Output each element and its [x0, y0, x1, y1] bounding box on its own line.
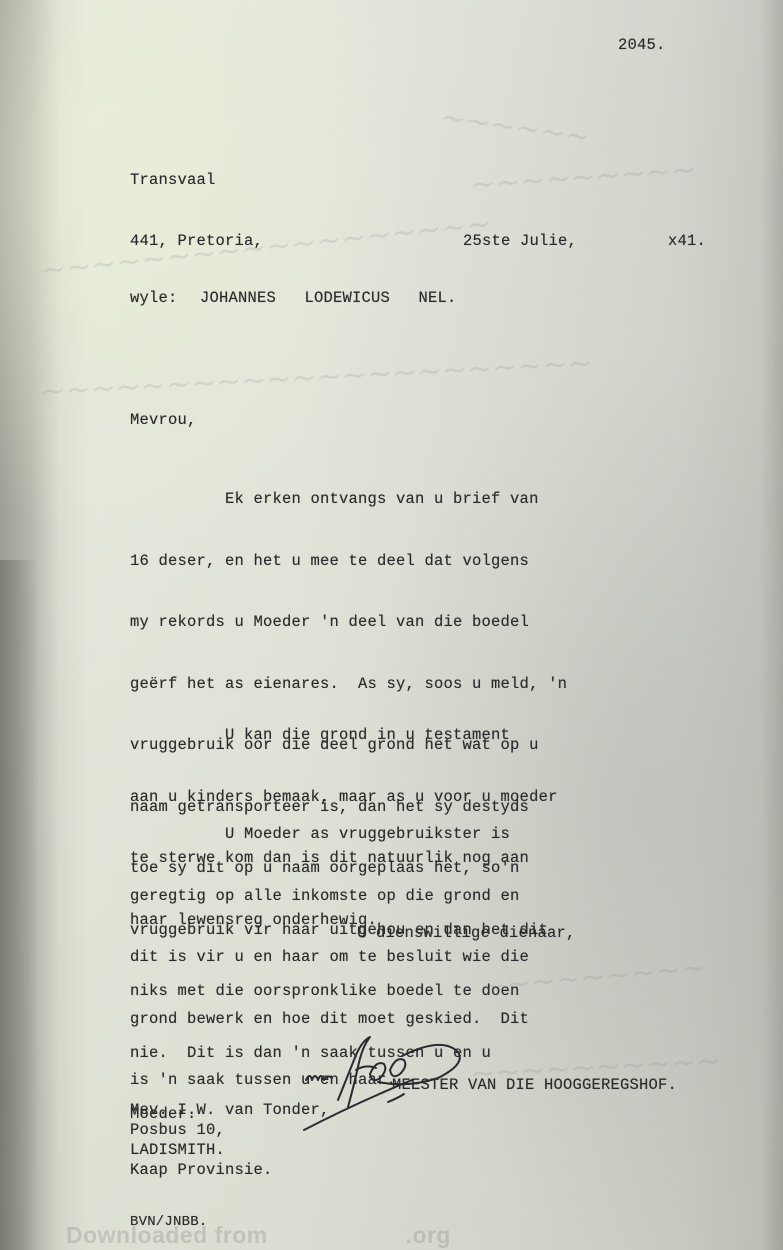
bleed-through-handwriting: ~~~~~~~~~~~~~~~~~~~~~~	[39, 346, 593, 410]
paragraph-line: U kan die grond in u testament	[130, 725, 558, 746]
paragraph-line: my rekords u Moeder 'n deel van die boed…	[130, 612, 567, 633]
subject-label: wyle:	[130, 288, 178, 309]
page-edge-shadow	[0, 560, 38, 1250]
paragraph-line: dit is vir u en haar om te besluit wie d…	[130, 947, 529, 968]
bleed-through-handwriting: ~~~~~~~~~	[469, 152, 697, 203]
date-year: x41.	[668, 231, 706, 252]
recipient-town: LADISMITH.	[130, 1140, 225, 1161]
paragraph-line: 16 deser, en het u mee te deel dat volge…	[130, 551, 567, 572]
recipient-name: Mev. I.W. van Tonder,	[130, 1100, 330, 1121]
reference-number: 2045.	[618, 35, 666, 56]
watermark: Downloaded from .org	[66, 1222, 451, 1249]
body-paragraph-3: U Moeder as vruggebruikster is geregtig …	[130, 783, 529, 1111]
bleed-through-handwriting: ~~~~~~~~~~~~~~~~~~	[39, 206, 493, 288]
paragraph-line: Ek erken ontvangs van u brief van	[130, 489, 567, 510]
recipient-province: Kaap Provinsie.	[130, 1160, 273, 1181]
closing: U dienswillige dienaar,	[357, 923, 576, 944]
date-day-month: 25ste Julie,	[463, 231, 577, 252]
address-line: 441, Pretoria,	[130, 231, 263, 252]
paragraph-line: geregtig op alle inkomste op die grond e…	[130, 886, 529, 907]
place-header: Transvaal	[130, 170, 216, 191]
salutation: Mevrou,	[130, 410, 197, 431]
signatory-title: MEESTER VAN DIE HOOGGEREGSHOF.	[392, 1075, 677, 1096]
bleed-through-handwriting: ~~~~~~	[438, 100, 592, 156]
paragraph-line: grond bewerk en hoe dit moet geskied. Di…	[130, 1009, 529, 1030]
subject-name: JOHANNES LODEWICUS NEL.	[200, 288, 457, 309]
paragraph-line: U Moeder as vruggebruikster is	[130, 824, 529, 845]
recipient-po-box: Posbus 10,	[130, 1120, 225, 1141]
